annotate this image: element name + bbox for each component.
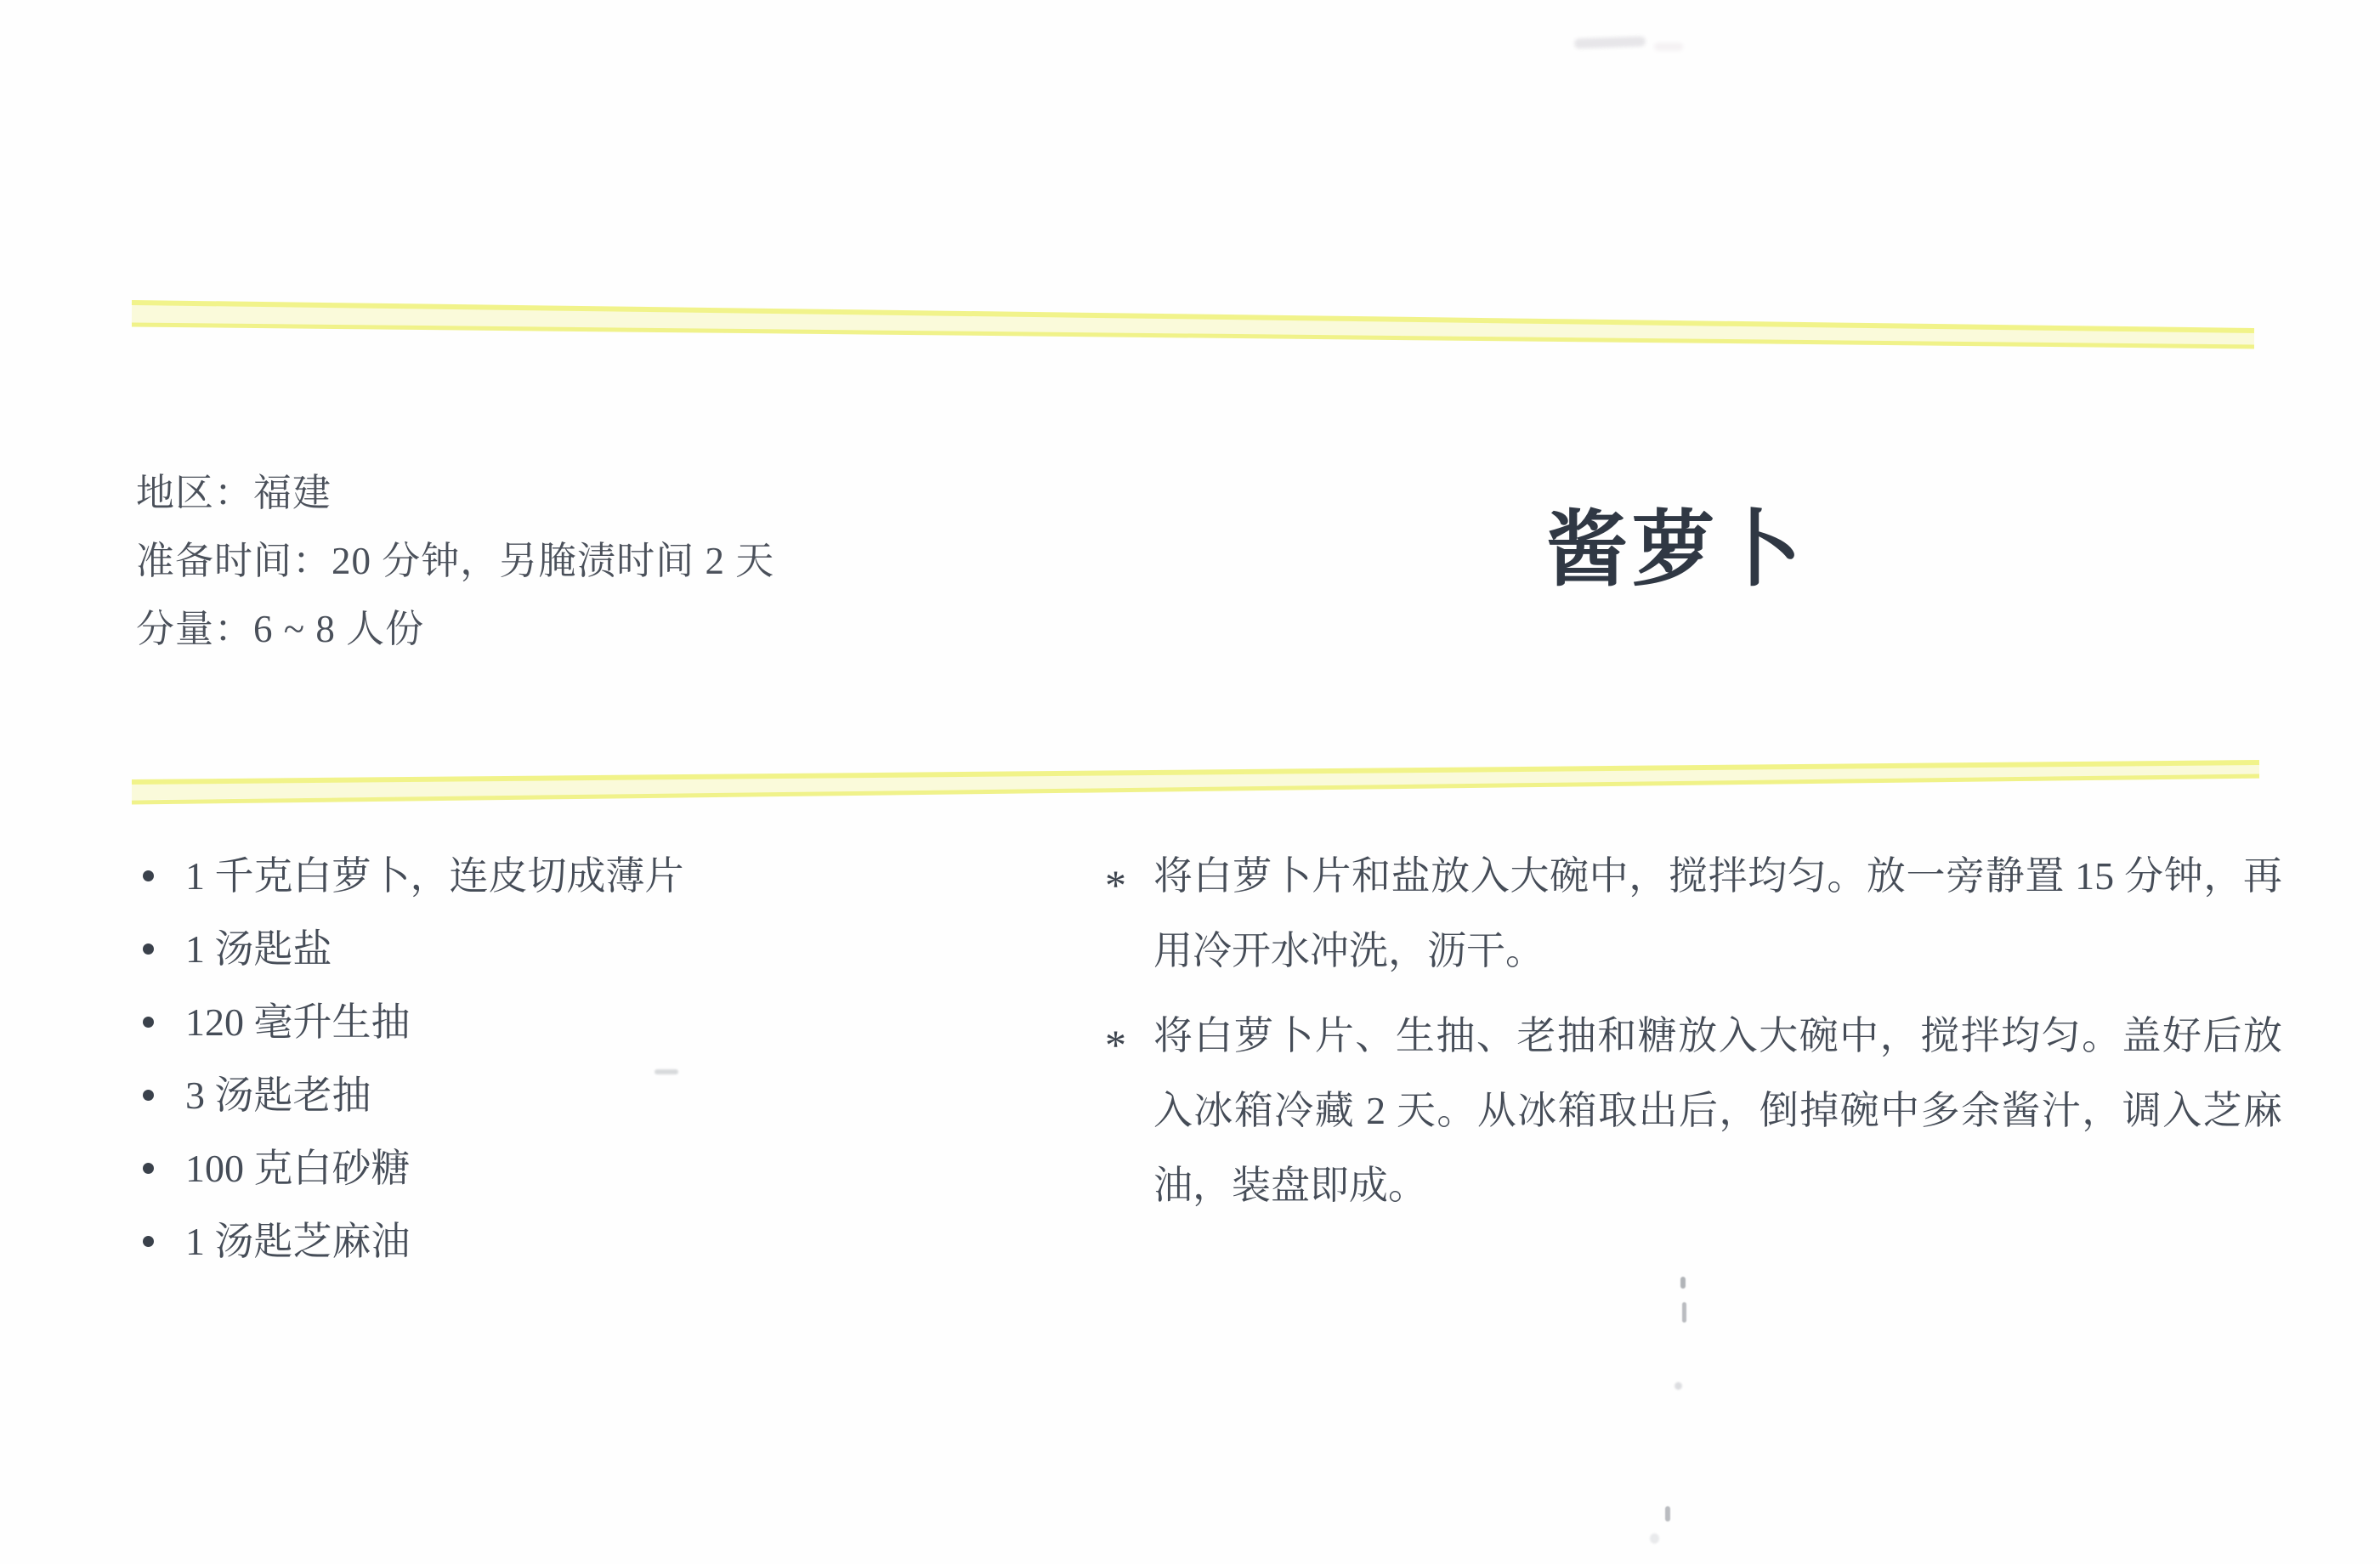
scan-speck: [1650, 1533, 1659, 1544]
recipe-title: 酱萝卜: [1545, 503, 1805, 597]
bullet-icon: [143, 1163, 154, 1174]
asterisk-marker-icon: *: [1105, 1007, 1126, 1082]
ingredient-item: 1 千克白萝卜，连皮切成薄片: [136, 840, 986, 913]
ingredient-item: 1 汤匙芝麻油: [136, 1205, 986, 1278]
ingredient-item: 100 克白砂糖: [136, 1132, 986, 1205]
ingredient-text: 1 千克白萝卜，连皮切成薄片: [185, 854, 684, 898]
instruction-step: * 将白萝卜片、生抽、老抽和糖放入大碗中，搅拌均匀。盖好后放入冰箱冷藏 2 天。…: [1105, 999, 2282, 1223]
ingredient-text: 100 克白砂糖: [185, 1147, 411, 1190]
ingredient-text: 1 汤匙芝麻油: [185, 1220, 411, 1263]
bullet-icon: [143, 943, 154, 955]
scan-speck: [1680, 1277, 1686, 1289]
ingredient-text: 120 毫升生抽: [185, 1000, 411, 1044]
ingredient-item: 3 汤匙老抽: [136, 1059, 986, 1132]
asterisk-marker-icon: *: [1105, 847, 1126, 922]
instruction-step: * 将白萝卜片和盐放入大碗中，搅拌均匀。放一旁静置 15 分钟，再用冷开水冲洗，…: [1105, 839, 2282, 989]
cookbook-scan-page: 地区：福建 准备时间：20 分钟，另腌渍时间 2 天 分量：6 ~ 8 人份 酱…: [0, 0, 2380, 1564]
scan-smudge: [1574, 37, 1646, 49]
instruction-text: 将白萝卜片和盐放入大碗中，搅拌均匀。放一旁静置 15 分钟，再用冷开水冲洗，沥干…: [1153, 854, 2282, 972]
recipe-region: 地区：福建: [136, 459, 774, 527]
ingredient-list: 1 千克白萝卜，连皮切成薄片 1 汤匙盐 120 毫升生抽 3 汤匙老抽 100…: [136, 840, 986, 1278]
instruction-steps: * 将白萝卜片和盐放入大碗中，搅拌均匀。放一旁静置 15 分钟，再用冷开水冲洗，…: [1105, 839, 2282, 1223]
ingredient-text: 1 汤匙盐: [185, 927, 332, 971]
bullet-icon: [143, 870, 154, 881]
scan-speck: [1674, 1382, 1682, 1390]
recipe-servings: 分量：6 ~ 8 人份: [136, 595, 774, 663]
instruction-text: 将白萝卜片、生抽、老抽和糖放入大碗中，搅拌均匀。盖好后放入冰箱冷藏 2 天。从冰…: [1153, 1014, 2282, 1207]
ingredient-item: 120 毫升生抽: [136, 986, 986, 1059]
scan-smudge: [1654, 42, 1683, 51]
ingredient-text: 3 汤匙老抽: [185, 1074, 371, 1117]
scan-speck: [1682, 1302, 1686, 1323]
scan-speck: [1665, 1506, 1670, 1521]
yellow-divider-lines: [0, 0, 2380, 1564]
bullet-icon: [143, 1236, 154, 1247]
bullet-icon: [143, 1017, 154, 1028]
recipe-prep-time: 准备时间：20 分钟，另腌渍时间 2 天: [136, 527, 774, 595]
bullet-icon: [143, 1090, 154, 1101]
recipe-metadata: 地区：福建 准备时间：20 分钟，另腌渍时间 2 天 分量：6 ~ 8 人份: [136, 459, 774, 663]
ingredient-item: 1 汤匙盐: [136, 913, 986, 986]
